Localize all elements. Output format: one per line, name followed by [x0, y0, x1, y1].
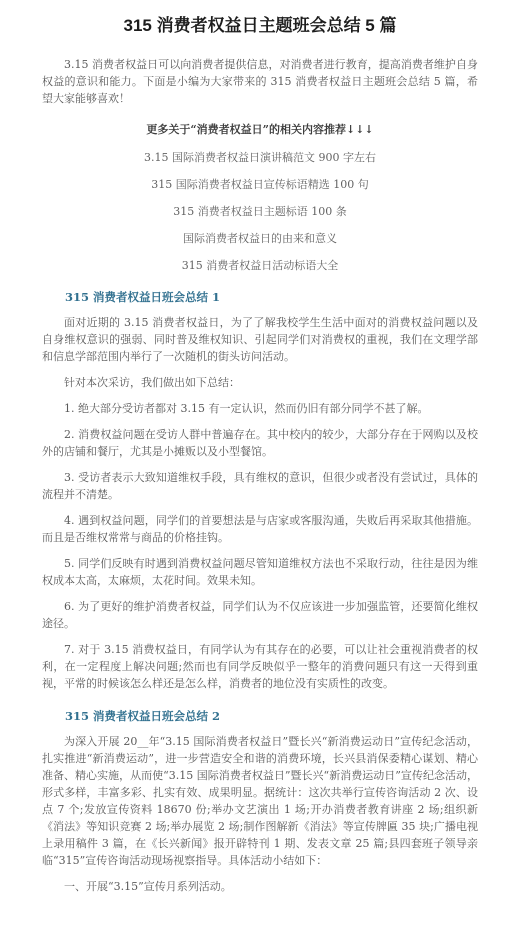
body-paragraph: 1. 绝大部分受访者都对 3.15 有一定认识，然而仍旧有部分同学不甚了解。 [42, 400, 478, 417]
body-paragraph: 一、开展“3.15”宣传月系列活动。 [42, 878, 478, 895]
recommend-link[interactable]: 315 消费者权益日活动标语大全 [42, 258, 478, 273]
body-paragraph: 为深入开展 20__年“3.15 国际消费者权益日”暨长兴“新消费运动日”宣传纪… [42, 733, 478, 869]
body-paragraph: 6. 为了更好的维护消费者权益，同学们认为不仅应该进一步加强监管，还要简化维权途… [42, 598, 478, 632]
recommend-link[interactable]: 国际消费者权益日的由来和意义 [42, 231, 478, 246]
body-paragraph: 2. 消费权益问题在受访人群中普遍存在。其中校内的较少，大部分存在于网购以及校外… [42, 426, 478, 460]
section-heading: 315 消费者权益日班会总结 2 [42, 708, 478, 724]
body-paragraph: 5. 同学们反映有时遇到消费权益问题尽管知道维权方法也不采取行动，往往是因为维权… [42, 555, 478, 589]
recommend-link[interactable]: 315 消费者权益日主题标语 100 条 [42, 204, 478, 219]
body-paragraph: 针对本次采访，我们做出如下总结： [42, 374, 478, 391]
body-paragraph: 4. 遇到权益问题，同学们的首要想法是与店家或客服沟通，失败后再采取其他措施。而… [42, 512, 478, 546]
recommend-header: 更多关于“消费者权益日”的相关内容推荐↓↓↓ [42, 122, 478, 138]
sections-container: 315 消费者权益日班会总结 1面对近期的 3.15 消费者权益日，为了了解我校… [42, 289, 478, 895]
body-paragraph: 7. 对于 3.15 消费权益日，有同学认为有其存在的必要，可以让社会重视消费者… [42, 641, 478, 692]
document-page: 315 消费者权益日主题班会总结 5 篇 3.15 消费者权益日可以向消费者提供… [0, 0, 520, 925]
recommend-link[interactable]: 3.15 国际消费者权益日演讲稿范文 900 字左右 [42, 150, 478, 165]
recommend-link[interactable]: 315 国际消费者权益日宣传标语精选 100 句 [42, 177, 478, 192]
intro-paragraph: 3.15 消费者权益日可以向消费者提供信息，对消费者进行教育，提高消费者维护自身… [42, 56, 478, 107]
page-title: 315 消费者权益日主题班会总结 5 篇 [42, 14, 478, 38]
body-paragraph: 面对近期的 3.15 消费者权益日，为了了解我校学生生活中面对的消费权益问题以及… [42, 314, 478, 365]
recommend-links-list: 3.15 国际消费者权益日演讲稿范文 900 字左右315 国际消费者权益日宣传… [42, 150, 478, 273]
body-paragraph: 3. 受访者表示大致知道维权手段，具有维权的意识，但很少或者没有尝试过，具体的流… [42, 469, 478, 503]
section-heading: 315 消费者权益日班会总结 1 [42, 289, 478, 305]
